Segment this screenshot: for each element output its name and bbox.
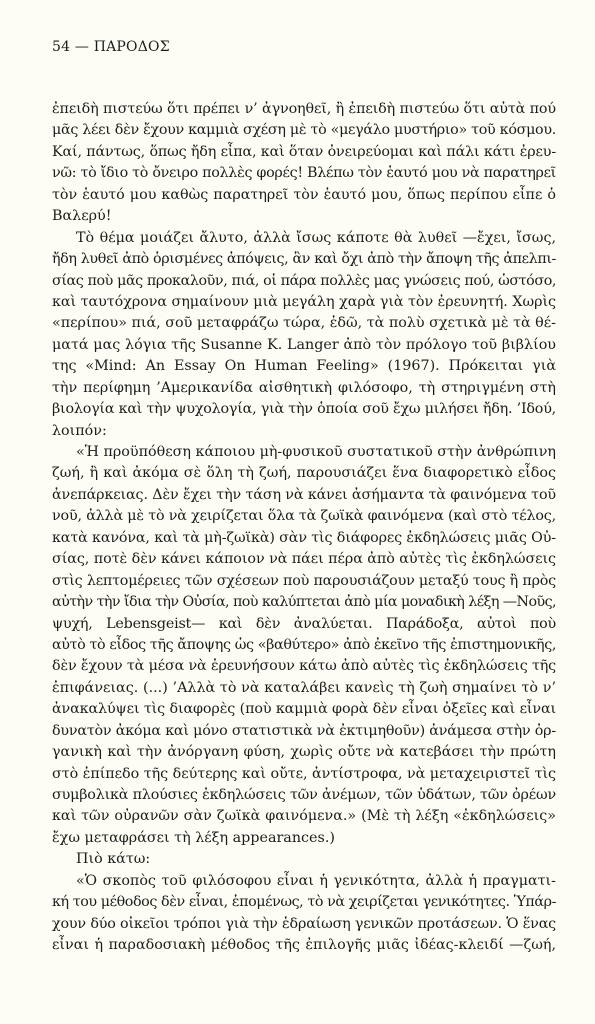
text-line: Καί, πάντως, ὅπως ἤδη εἶπα, καὶ ὅταν ὀνε… bbox=[52, 142, 556, 163]
text-line: συμβολικὰ πλούσιες ἐκδηλώσεις τῶν ἀνέμων… bbox=[52, 785, 556, 806]
text-line: «Ἡ προϋπόθεση κάποιου μὴ-φυσικοῦ συστατι… bbox=[52, 442, 556, 463]
text-line: ἀνακαλύψει τὶς διαφορὲς (ποὺ καμμιὰ φορὰ… bbox=[52, 699, 556, 720]
text-line: νῶ: τὸ ἴδιο τὸ ὄνειρο πολλὲς φορές! Βλέπ… bbox=[52, 163, 556, 184]
text-line: ἤδη λυθεῖ ἀπὸ ὁρισμένες ἀπόψεις, ἂν καὶ … bbox=[52, 249, 556, 270]
text-line: Βαλερύ! bbox=[52, 206, 556, 227]
text-line: ἀνεπάρκειας. Δὲν ἔχει τὴν τάση νὰ κάνει … bbox=[52, 485, 556, 506]
text-line: σίας, ποτὲ δὲν κάνει κάποιον νὰ πάει πέρ… bbox=[52, 549, 556, 570]
text-line: ἐπιφάνειας. (...) ’Αλλὰ τὸ νὰ καταλάβει … bbox=[52, 678, 556, 699]
text-line: αὐτὸ τὸ εἶδος τῆς ἄποψης ὡς «βαθύτερο» ἀ… bbox=[52, 635, 556, 656]
text-line: στὶς λεπτομέρειες τῶν σχέσεων ποὺ παρουσ… bbox=[52, 571, 556, 592]
text-line: ἐπειδὴ πιστεύω ὅτι πρέπει ν’ ἀγνοηθεῖ, ἢ… bbox=[52, 99, 556, 120]
text-line: σίας ποὺ μᾶς προκαλοῦν, πιά, οἱ πάρα πολ… bbox=[52, 271, 556, 292]
text-line: τὴν περίφημη ’Αμερικανίδα αἰσθητικὴ φιλό… bbox=[52, 378, 556, 399]
text-line: ἔχω μεταφράσει τὴ λέξη appearances.) bbox=[52, 828, 556, 849]
text-line: κατὰ κανόνα, καὶ τὰ μὴ-ζωϊκὰ) σὰν τὶς δι… bbox=[52, 528, 556, 549]
text-line: στὸ ἐπίπεδο τῆς δεύτερης καὶ οὔτε, ἀντίσ… bbox=[52, 764, 556, 785]
text-line: ζωή, ἢ καὶ ἀκόμα σὲ ὅλη τὴ ζωή, παρουσιά… bbox=[52, 463, 556, 484]
text-line: βιολογία καὶ τὴν ψυχολογία, γιὰ τὴν ὁποί… bbox=[52, 399, 556, 420]
text-line: δὲν ἔχουν τὰ μέσα νὰ ἐρευνήσουν κάτω ἀπὸ… bbox=[52, 656, 556, 677]
text-line: «περίπου» πιά, σοῦ μεταφράζω τώρα, ἐδῶ, … bbox=[52, 313, 556, 334]
text-line: της «Mind: An Essay On Human Feeling» (1… bbox=[52, 356, 556, 377]
text-line: χουν δύο οἰκεῖοι τρόποι γιὰ τὴν ἑδραίωση… bbox=[52, 914, 556, 935]
text-line: μᾶς λέει δὲν ἔχουν καμμιὰ σχέση μὲ τὸ «μ… bbox=[52, 120, 556, 141]
text-line: καὶ τῶν οὐρανῶν σὰν ζωϊκὰ φαινόμενα.» (Μ… bbox=[52, 806, 556, 827]
book-page: 54 — ΠΑΡΟΔΟΣ ἐπειδὴ πιστεύω ὅτι πρέπει ν… bbox=[0, 0, 595, 1024]
text-line: Τὸ θέμα μοιάζει ἄλυτο, ἀλλὰ ἴσως κάποτε … bbox=[52, 228, 556, 249]
text-line: κή του μέθοδος δὲν εἶναι, ἑπομένως, τὸ ν… bbox=[52, 892, 556, 913]
text-line: Πιὸ κάτω: bbox=[52, 849, 556, 870]
text-line: ματά μας λόγια τῆς Susanne K. Langer ἀπὸ… bbox=[52, 335, 556, 356]
text-line: νοῦ, ἀλλὰ μὲ τὸ νὰ χειρίζεται ὅλα τὰ ζωϊ… bbox=[52, 506, 556, 527]
text-line: δυνατὸν ἀκόμα καὶ μόνο στατιστικὰ νὰ ἐκτ… bbox=[52, 721, 556, 742]
text-line: λοιπόν: bbox=[52, 421, 556, 442]
text-line: καὶ ταυτόχρονα σημαίνουν μιὰ μεγάλη χαρὰ… bbox=[52, 292, 556, 313]
text-line: αὐτὴν τὴν ἴδια τὴν Οὐσία, ποὺ καλύπτεται… bbox=[52, 592, 556, 613]
text-line: τὸν ἑαυτό μου καθὼς παρατηρεῖ τὸν ἑαυτό … bbox=[52, 185, 556, 206]
text-line: γανικὴ καὶ τὴν ἀνόργανη φύση, χωρὶς οὔτε… bbox=[52, 742, 556, 763]
text-line: εἶναι ἡ παραδοσιακὴ μέθοδος τῆς ἐπιλογῆς… bbox=[52, 935, 556, 956]
running-head: 54 — ΠΑΡΟΔΟΣ bbox=[52, 39, 170, 55]
text-line: «Ὁ σκοπὸς τοῦ φιλόσοφου εἶναι ἡ γενικότη… bbox=[52, 871, 556, 892]
text-line: ψυχή, Lebensgeist— καὶ δὲν ἀναλύεται. Πα… bbox=[52, 614, 556, 635]
body-text: ἐπειδὴ πιστεύω ὅτι πρέπει ν’ ἀγνοηθεῖ, ἢ… bbox=[52, 99, 556, 957]
